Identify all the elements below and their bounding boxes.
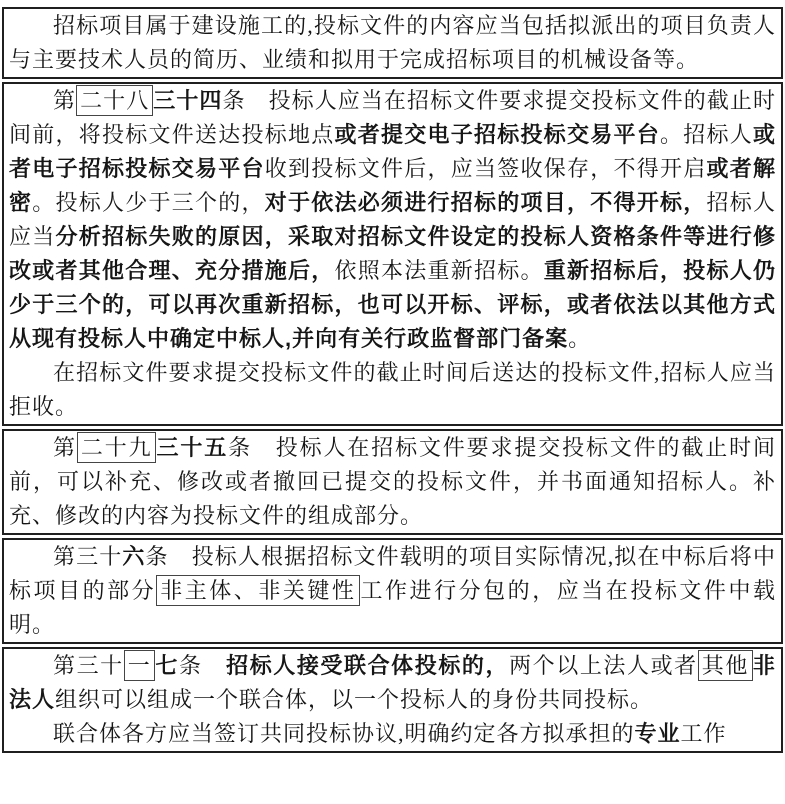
text-run: 条 [179, 653, 226, 678]
text-run: 。招标人 [660, 122, 753, 147]
deleted-text: 二十八 [76, 85, 153, 116]
deleted-text: 其他 [698, 650, 753, 681]
inserted-text: 六 [122, 544, 145, 569]
text-run: 两个以上法人或者 [509, 653, 698, 678]
paragraph: 第二十九三十五条 投标人在招标文件要求提交投标文件的截止时间前，可以补充、修改或… [9, 431, 776, 533]
inserted-text: 三十四 [153, 88, 222, 113]
text-run: 联合体各方应当签订共同投标协议,明确约定各方拟承担的 [53, 721, 635, 746]
text-run: 第三十 [53, 544, 122, 569]
inserted-text: 招标人接受联合体投标的， [226, 653, 509, 678]
deleted-text: 非主体、非关键性 [156, 575, 360, 606]
text-run: 工作 [681, 721, 727, 746]
inserted-text: 三十五 [156, 435, 228, 460]
text-run: 。 [568, 326, 591, 351]
text-run: 收到投标文件后，应当签收保存，不得开启 [265, 156, 707, 181]
table-row: 第三十六条 投标人根据招标文件载明的项目实际情况,拟在中标后将中标项目的部分非主… [2, 538, 783, 644]
text-run: 第 [53, 435, 77, 460]
table-row: 第三十一七条 招标人接受联合体投标的，两个以上法人或者其他非法人组织可以组成一个… [2, 647, 783, 753]
text-run: 第三十 [53, 653, 124, 678]
text-run: 招标项目属于建设施工的,投标文件的内容应当包括拟派出的项目负责人与主要技术人员的… [9, 13, 776, 72]
text-run: 依照本法重新招标。 [334, 258, 543, 283]
text-run: 在招标文件要求提交投标文件的截止时间后送达的投标文件,招标人应当拒收。 [9, 360, 776, 419]
paragraph: 在招标文件要求提交投标文件的截止时间后送达的投标文件,招标人应当拒收。 [9, 356, 776, 424]
inserted-text: 七 [155, 653, 179, 678]
paragraph: 第三十六条 投标人根据招标文件载明的项目实际情况,拟在中标后将中标项目的部分非主… [9, 540, 776, 642]
table-row: 招标项目属于建设施工的,投标文件的内容应当包括拟派出的项目负责人与主要技术人员的… [2, 7, 783, 79]
text-run: 组织可以组成一个联合体，以一个投标人的身份共同投标。 [55, 687, 653, 712]
document-page: 招标项目属于建设施工的,投标文件的内容应当包括拟派出的项目负责人与主要技术人员的… [0, 0, 785, 753]
deleted-text: 二十九 [77, 432, 157, 463]
text-run: 。投标人少于三个的， [32, 190, 264, 215]
inserted-text: 或者提交电子招标投标交易平台 [334, 122, 659, 147]
inserted-text: 专业 [635, 721, 681, 746]
paragraph: 招标项目属于建设施工的,投标文件的内容应当包括拟派出的项目负责人与主要技术人员的… [9, 9, 776, 77]
table-row: 第二十九三十五条 投标人在招标文件要求提交投标文件的截止时间前，可以补充、修改或… [2, 429, 783, 535]
paragraph: 第二十八三十四条 投标人应当在招标文件要求提交投标文件的截止时间前，将投标文件送… [9, 84, 776, 356]
table-row: 第二十八三十四条 投标人应当在招标文件要求提交投标文件的截止时间前，将投标文件送… [2, 82, 783, 426]
text-run: 第 [53, 88, 76, 113]
paragraph: 联合体各方应当签订共同投标协议,明确约定各方拟承担的专业工作 [9, 717, 776, 751]
inserted-text: 对于依法必须进行招标的项目，不得开标， [265, 190, 707, 215]
deleted-text: 一 [124, 650, 156, 681]
paragraph: 第三十一七条 招标人接受联合体投标的，两个以上法人或者其他非法人组织可以组成一个… [9, 649, 776, 717]
